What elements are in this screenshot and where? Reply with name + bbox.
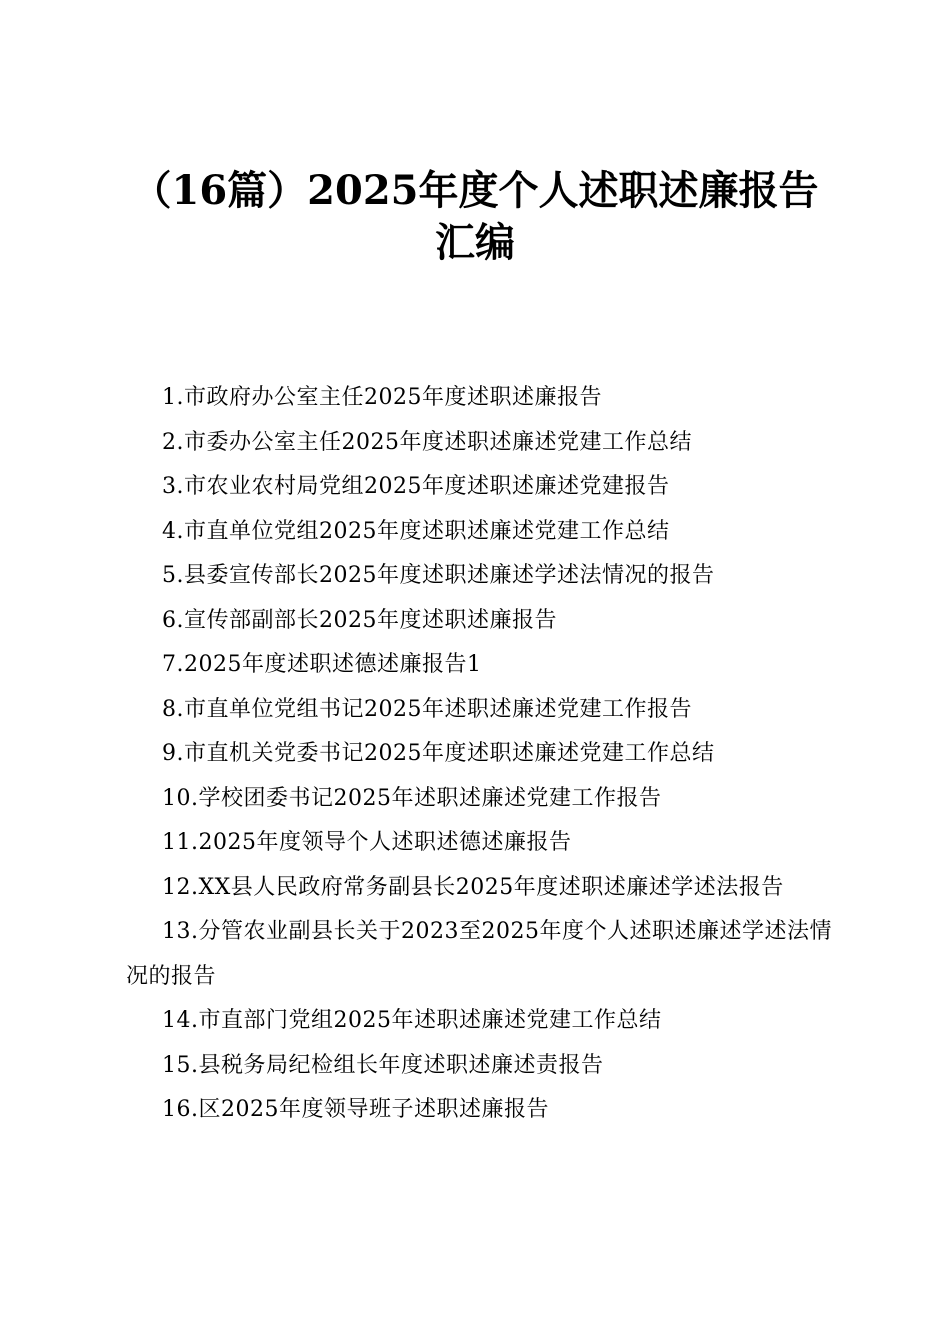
table-of-contents: 1.市政府办公室主任2025年度述职述廉报告 2.市委办公室主任2025年度述职… <box>126 376 836 1133</box>
title-line-2: 汇编 <box>100 217 850 269</box>
toc-item-3: 3.市农业农村局党组2025年度述职述廉述党建报告 <box>126 465 836 510</box>
toc-item-5: 5.县委宣传部长2025年度述职述廉述学述法情况的报告 <box>126 554 836 599</box>
toc-item-14: 14.市直部门党组2025年述职述廉述党建工作总结 <box>126 999 836 1044</box>
toc-item-7: 7.2025年度述职述德述廉报告1 <box>126 643 836 688</box>
toc-item-10: 10.学校团委书记2025年述职述廉述党建工作报告 <box>126 777 836 822</box>
toc-item-16: 16.区2025年度领导班子述职述廉报告 <box>126 1088 836 1133</box>
toc-item-1: 1.市政府办公室主任2025年度述职述廉报告 <box>126 376 836 421</box>
toc-item-12: 12.XX县人民政府常务副县长2025年度述职述廉述学述法报告 <box>126 866 836 911</box>
toc-item-2: 2.市委办公室主任2025年度述职述廉述党建工作总结 <box>126 421 836 466</box>
toc-item-4: 4.市直单位党组2025年度述职述廉述党建工作总结 <box>126 510 836 555</box>
title-line-1: （16篇）2025年度个人述职述廉报告 <box>100 165 850 217</box>
document-page: （16篇）2025年度个人述职述廉报告 汇编 1.市政府办公室主任2025年度述… <box>0 0 950 1344</box>
toc-item-13: 13.分管农业副县长关于2023至2025年度个人述职述廉述学述法情况的报告 <box>126 910 836 999</box>
toc-item-9: 9.市直机关党委书记2025年度述职述廉述党建工作总结 <box>126 732 836 777</box>
toc-item-11: 11.2025年度领导个人述职述德述廉报告 <box>126 821 836 866</box>
toc-item-8: 8.市直单位党组书记2025年述职述廉述党建工作报告 <box>126 688 836 733</box>
toc-item-15: 15.县税务局纪检组长年度述职述廉述责报告 <box>126 1044 836 1089</box>
toc-item-6: 6.宣传部副部长2025年度述职述廉报告 <box>126 599 836 644</box>
document-title: （16篇）2025年度个人述职述廉报告 汇编 <box>100 165 850 269</box>
